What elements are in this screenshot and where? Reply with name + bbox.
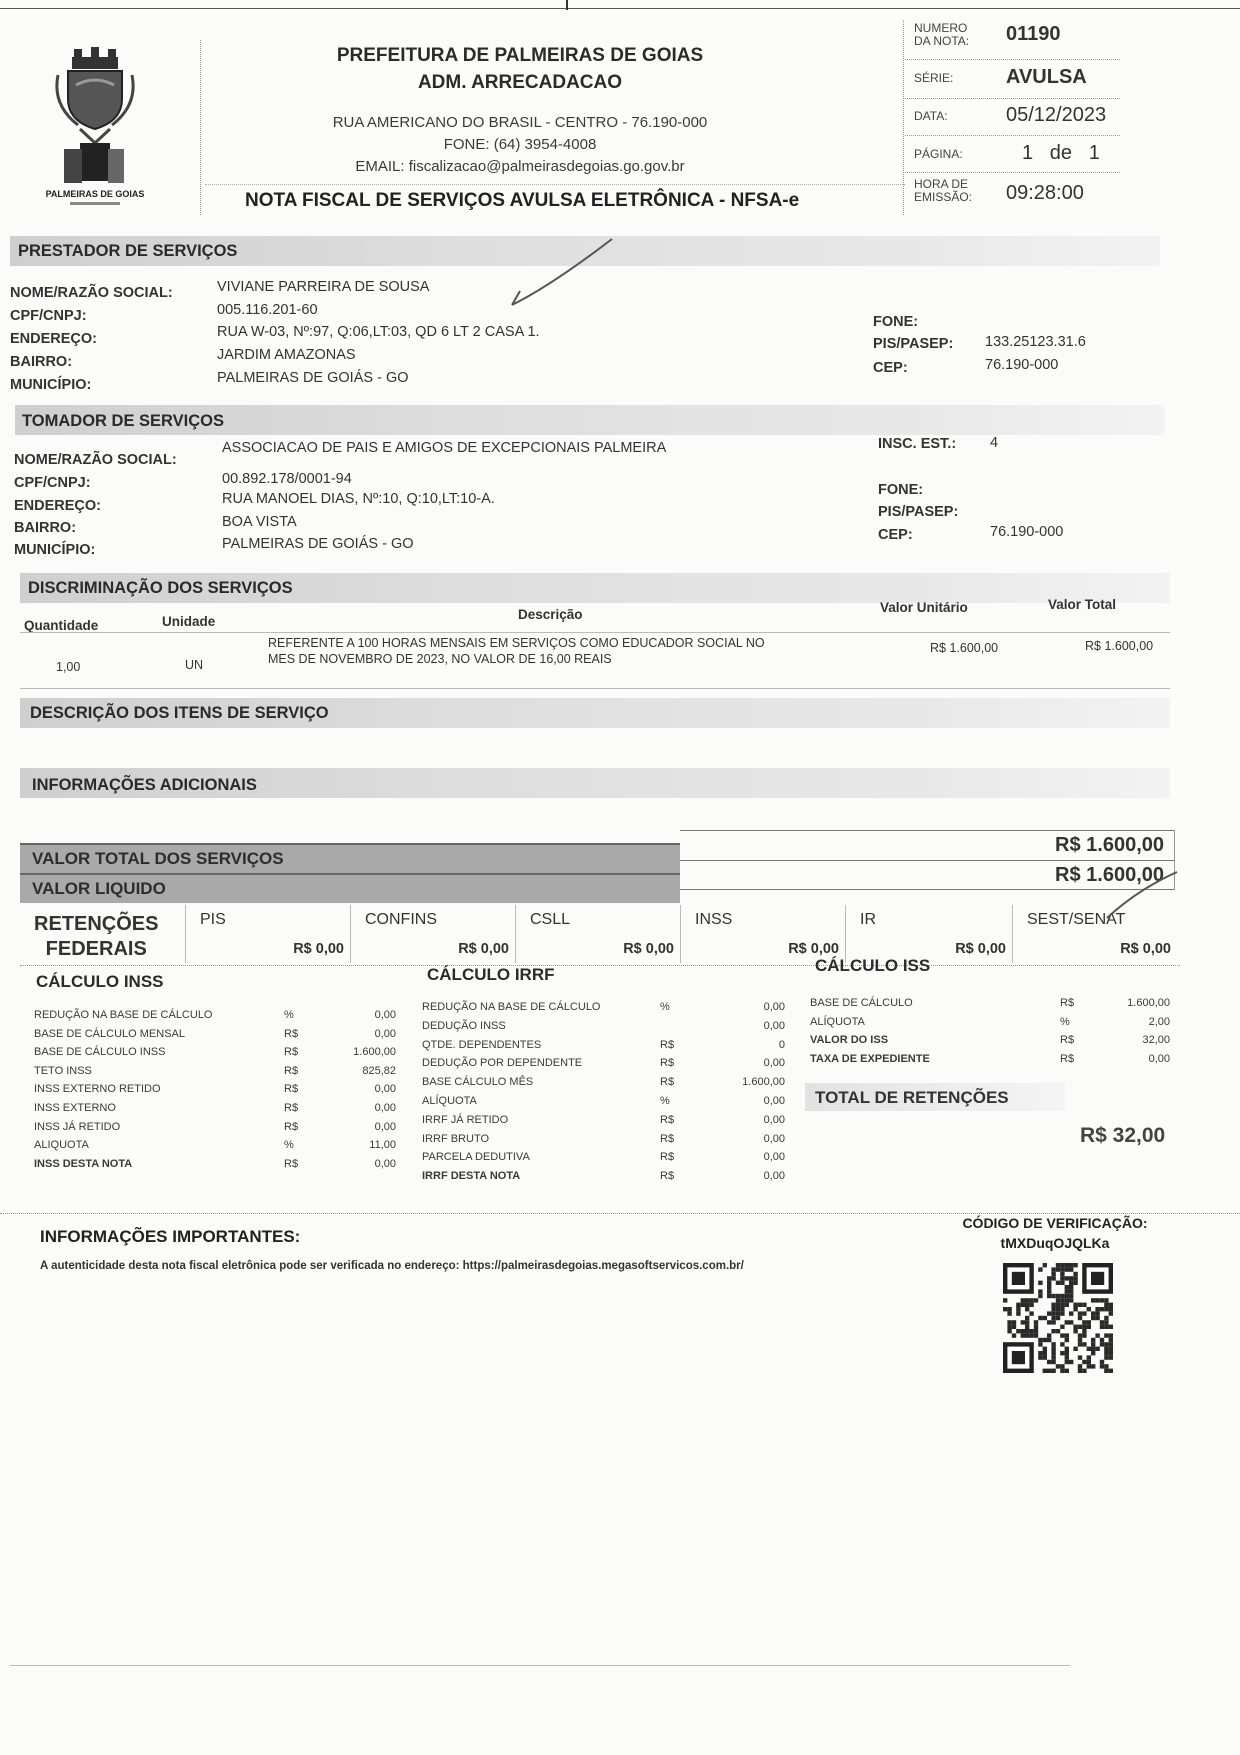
- calc-row: ALIQUOTA%11,00: [34, 1139, 396, 1157]
- calc-row: BASE DE CÁLCULO MENSALR$0,00: [34, 1028, 396, 1046]
- prestador-bairro: JARDIM AMAZONAS: [217, 347, 356, 363]
- tomador-pis-label: PIS/PASEP:: [878, 504, 958, 520]
- calculo-irrf-title: CÁLCULO IRRF: [427, 965, 554, 985]
- tomador-insc: 4: [990, 435, 998, 451]
- retencao-value: R$ 0,00: [458, 941, 509, 957]
- prestador-cep: 76.190-000: [985, 357, 1058, 373]
- calc-row: QTDE. DEPENDENTESR$0: [422, 1039, 785, 1057]
- calc-row-unit: R$: [284, 1028, 298, 1040]
- calc-row-unit: R$: [660, 1057, 674, 1069]
- calc-row-name: PARCELA DEDUTIVA: [422, 1151, 530, 1163]
- header-divider: [200, 40, 201, 215]
- serie-value: AVULSA: [1006, 66, 1087, 89]
- retencao-name: PIS: [200, 911, 226, 929]
- calculo-inss-title: CÁLCULO INSS: [36, 972, 164, 992]
- retencao-name: CSLL: [530, 911, 570, 929]
- calc-row: IRRF BRUTOR$0,00: [422, 1133, 785, 1151]
- row-valor-unitario: R$ 1.600,00: [930, 641, 998, 655]
- calc-row-unit: %: [284, 1009, 294, 1021]
- tomador-cpf-label: CPF/CNPJ:: [14, 475, 91, 491]
- divider: [20, 965, 1180, 966]
- tomador-fone-label: FONE:: [878, 482, 923, 498]
- prestador-pis: 133.25123.31.6: [985, 334, 1086, 350]
- qr-code-icon: [1003, 1263, 1113, 1373]
- row-descricao-line-2: MES DE NOVEMBRO DE 2023, NO VALOR DE 16,…: [268, 652, 612, 666]
- calc-row: INSS EXTERNOR$0,00: [34, 1102, 396, 1120]
- prestador-pis-label: PIS/PASEP:: [873, 336, 953, 352]
- org-email: EMAIL: fiscalizacao@palmeirasdegoias.go.…: [240, 158, 800, 175]
- col-valor-unitario: Valor Unitário: [880, 600, 968, 615]
- calc-row-value: 0,00: [375, 1121, 396, 1133]
- row-quantidade: 1,00: [56, 660, 80, 674]
- hora-value: 09:28:00: [1006, 182, 1084, 205]
- calc-row-value: 0,00: [764, 1151, 785, 1163]
- calc-row-unit: R$: [284, 1083, 298, 1095]
- tomador-nome: ASSOCIACAO DE PAIS E AMIGOS DE EXCEPCION…: [222, 440, 666, 456]
- retencao-csll: CSLLR$ 0,00: [515, 905, 680, 963]
- valor-total-value: R$ 1.600,00: [1055, 834, 1164, 857]
- calc-row: TAXA DE EXPEDIENTER$0,00: [810, 1053, 1170, 1071]
- calc-row-value: 0,00: [764, 1133, 785, 1145]
- retencao-value: R$ 0,00: [293, 941, 344, 957]
- calc-row: ALÍQUOTA%2,00: [810, 1016, 1170, 1034]
- tomador-insc-label: INSC. EST.:: [878, 436, 956, 452]
- calc-row-name: VALOR DO ISS: [810, 1034, 888, 1046]
- calc-row-unit: R$: [660, 1114, 674, 1126]
- serie-label: SÉRIE:: [914, 72, 953, 85]
- calc-row-name: QTDE. DEPENDENTES: [422, 1039, 541, 1051]
- calc-row-value: 0,00: [764, 1095, 785, 1107]
- calc-row-unit: R$: [284, 1046, 298, 1058]
- pagina-label: PÁGINA:: [914, 148, 963, 161]
- calc-row-value: 1.600,00: [742, 1076, 785, 1088]
- tomador-endereco-label: ENDEREÇO:: [14, 498, 101, 514]
- calc-row: BASE DE CÁLCULOR$1.600,00: [810, 997, 1170, 1015]
- calc-row: REDUÇÃO NA BASE DE CÁLCULO%0,00: [34, 1009, 396, 1027]
- calc-row: BASE DE CÁLCULO INSSR$1.600,00: [34, 1046, 396, 1064]
- calc-row: DEDUÇÃO POR DEPENDENTER$0,00: [422, 1057, 785, 1075]
- calc-row-value: 0,00: [1149, 1053, 1170, 1065]
- calc-row: INSS JÁ RETIDOR$0,00: [34, 1121, 396, 1139]
- svg-text:PALMEIRAS DE GOIAS: PALMEIRAS DE GOIAS: [46, 189, 145, 199]
- info-text: A autenticidade desta nota fiscal eletrô…: [40, 1260, 744, 1272]
- document-title: NOTA FISCAL DE SERVIÇOS AVULSA ELETRÔNIC…: [245, 190, 799, 212]
- calc-row-unit: %: [660, 1001, 670, 1013]
- prestador-municipio: PALMEIRAS DE GOIÁS - GO: [217, 370, 409, 386]
- col-valor-total: Valor Total: [1048, 597, 1116, 612]
- prestador-cpf-label: CPF/CNPJ:: [10, 308, 87, 324]
- municipal-coat-of-arms-logo: PALMEIRAS DE GOIAS: [40, 45, 160, 215]
- calc-row-unit: R$: [1060, 1034, 1074, 1046]
- calc-row: DEDUÇÃO INSS0,00: [422, 1020, 785, 1038]
- numero-value: 01190: [1006, 23, 1061, 46]
- calc-row-name: BASE DE CÁLCULO INSS: [34, 1046, 165, 1058]
- info-title: INFORMAÇÕES IMPORTANTES:: [40, 1227, 300, 1247]
- pen-check-mark: [510, 235, 620, 310]
- prestador-cpf: 005.116.201-60: [217, 302, 318, 318]
- calc-row-unit: R$: [660, 1076, 674, 1088]
- retencao-value: R$ 0,00: [623, 941, 674, 957]
- retencao-name: CONFINS: [365, 911, 437, 929]
- org-name: PREFEITURA DE PALMEIRAS DE GOIAS: [240, 45, 800, 67]
- calc-row-value: 0,00: [764, 1057, 785, 1069]
- calc-row-value: 1.600,00: [1127, 997, 1170, 1009]
- row-unidade: UN: [185, 658, 203, 672]
- calc-row-unit: R$: [660, 1133, 674, 1145]
- calc-row: REDUÇÃO NA BASE DE CÁLCULO%0,00: [422, 1001, 785, 1019]
- retencao-ir: IRR$ 0,00: [845, 905, 1012, 963]
- calc-row-value: 0,00: [375, 1028, 396, 1040]
- calc-row-unit: R$: [284, 1102, 298, 1114]
- tomador-municipio: PALMEIRAS DE GOIÁS - GO: [222, 536, 414, 552]
- prestador-cep-label: CEP:: [873, 360, 908, 376]
- prestador-fone-label: FONE:: [873, 314, 918, 330]
- prestador-endereco-label: ENDEREÇO:: [10, 331, 97, 347]
- hora-label: HORA DEEMISSÃO:: [914, 178, 972, 204]
- calc-row-name: BASE DE CÁLCULO MENSAL: [34, 1028, 185, 1040]
- valor-liquido-label: VALOR LIQUIDO: [32, 879, 166, 899]
- calc-row-name: DEDUÇÃO POR DEPENDENTE: [422, 1057, 582, 1069]
- valor-liquido-box: R$ 1.600,00: [680, 860, 1175, 890]
- calc-row-value: 0: [779, 1039, 785, 1051]
- calculo-iss-title: CÁLCULO ISS: [815, 956, 930, 976]
- col-quantidade: Quantidade: [24, 618, 98, 633]
- divider: [20, 688, 1170, 689]
- calc-row-name: IRRF JÁ RETIDO: [422, 1114, 508, 1126]
- tomador-cep-label: CEP:: [878, 527, 913, 543]
- calc-row-name: REDUÇÃO NA BASE DE CÁLCULO: [422, 1001, 601, 1013]
- top-border: [0, 8, 1240, 9]
- tomador-nome-label: NOME/RAZÃO SOCIAL:: [14, 452, 177, 468]
- calc-row-value: 0,00: [375, 1158, 396, 1170]
- tomador-title: TOMADOR DE SERVIÇOS: [22, 412, 224, 431]
- top-tick: [566, 0, 568, 10]
- calc-row-name: INSS DESTA NOTA: [34, 1158, 132, 1170]
- invoice-page: PALMEIRAS DE GOIAS PREFEITURA DE PALMEIR…: [0, 0, 1240, 1755]
- prestador-municipio-label: MUNICÍPIO:: [10, 377, 91, 393]
- data-label: DATA:: [914, 110, 948, 123]
- calc-row-name: TAXA DE EXPEDIENTE: [810, 1053, 930, 1065]
- calc-row: VALOR DO ISSR$32,00: [810, 1034, 1170, 1052]
- adicionais-title: INFORMAÇÕES ADICIONAIS: [32, 776, 257, 795]
- tomador-cep: 76.190-000: [990, 524, 1063, 540]
- col-unidade: Unidade: [162, 614, 215, 629]
- numero-label: NUMERODA NOTA:: [914, 22, 969, 48]
- retencao-pis: PISR$ 0,00: [185, 905, 350, 963]
- calc-row-name: IRRF DESTA NOTA: [422, 1170, 520, 1182]
- calc-row-value: 0,00: [375, 1083, 396, 1095]
- calc-row: BASE CÁLCULO MÊSR$1.600,00: [422, 1076, 785, 1094]
- calc-row-value: 32,00: [1142, 1034, 1170, 1046]
- retencao-value: R$ 0,00: [1120, 941, 1171, 957]
- calc-row-unit: R$: [1060, 1053, 1074, 1065]
- calc-row: INSS DESTA NOTAR$0,00: [34, 1158, 396, 1176]
- calc-row: TETO INSSR$825,82: [34, 1065, 396, 1083]
- pen-strike-mark: [1105, 870, 1180, 920]
- tomador-endereco: RUA MANOEL DIAS, Nº:10, Q:10,LT:10-A.: [222, 491, 495, 507]
- calc-row-unit: R$: [284, 1065, 298, 1077]
- tomador-bairro: BOA VISTA: [222, 514, 297, 530]
- row-descricao-line-1: REFERENTE A 100 HORAS MENSAIS EM SERVIÇO…: [268, 636, 765, 650]
- total-retencoes-value: R$ 32,00: [1080, 1124, 1165, 1148]
- divider: [905, 135, 1120, 136]
- calc-row: PARCELA DEDUTIVAR$0,00: [422, 1151, 785, 1169]
- calc-row-unit: %: [660, 1095, 670, 1107]
- verification-label: CÓDIGO DE VERIFICAÇÃO:: [940, 1215, 1170, 1231]
- calc-row-value: 825,82: [362, 1065, 396, 1077]
- calc-row-value: 0,00: [764, 1114, 785, 1126]
- prestador-nome: VIVIANE PARREIRA DE SOUSA: [217, 279, 429, 295]
- divider: [905, 59, 1120, 60]
- calc-row: ALÍQUOTA%0,00: [422, 1095, 785, 1113]
- calc-row-value: 0,00: [375, 1102, 396, 1114]
- divider: [20, 632, 1170, 633]
- calc-row-name: TETO INSS: [34, 1065, 92, 1077]
- prestador-title: PRESTADOR DE SERVIÇOS: [18, 242, 237, 261]
- calc-row-name: BASE DE CÁLCULO: [810, 997, 913, 1009]
- tomador-municipio-label: MUNICÍPIO:: [14, 542, 95, 558]
- calc-row-name: INSS EXTERNO RETIDO: [34, 1083, 161, 1095]
- calc-row-value: 0,00: [764, 1001, 785, 1013]
- calc-row-name: ALÍQUOTA: [810, 1016, 865, 1028]
- org-address: RUA AMERICANO DO BRASIL - CENTRO - 76.19…: [240, 114, 800, 131]
- calc-row-name: IRRF BRUTO: [422, 1133, 489, 1145]
- calc-row: IRRF DESTA NOTAR$0,00: [422, 1170, 785, 1188]
- retencao-value: R$ 0,00: [955, 941, 1006, 957]
- prestador-nome-label: NOME/RAZÃO SOCIAL:: [10, 285, 173, 301]
- divider: [205, 184, 905, 185]
- divider: [905, 98, 1120, 99]
- calc-row-name: BASE CÁLCULO MÊS: [422, 1076, 533, 1088]
- calc-row-value: 0,00: [764, 1020, 785, 1032]
- calc-row-value: 11,00: [369, 1139, 396, 1151]
- calc-row-value: 0,00: [375, 1009, 396, 1021]
- prestador-bairro-label: BAIRRO:: [10, 354, 72, 370]
- retencao-confins: CONFINSR$ 0,00: [350, 905, 515, 963]
- row-valor-total: R$ 1.600,00: [1085, 639, 1153, 653]
- data-value: 05/12/2023: [1006, 104, 1106, 127]
- calc-row: INSS EXTERNO RETIDOR$0,00: [34, 1083, 396, 1101]
- org-dept: ADM. ARRECADACAO: [240, 72, 800, 94]
- calc-row-name: ALÍQUOTA: [422, 1095, 477, 1107]
- calc-row-unit: R$: [660, 1039, 674, 1051]
- itens-title: DESCRIÇÃO DOS ITENS DE SERVIÇO: [30, 704, 329, 723]
- verification-code: tMXDuqOJQLKa: [940, 1235, 1170, 1251]
- divider: [905, 172, 1120, 173]
- valor-total-label: VALOR TOTAL DOS SERVIÇOS: [32, 849, 284, 869]
- calc-row-value: 1.600,00: [353, 1046, 396, 1058]
- retencao-name: INSS: [695, 911, 732, 929]
- calc-row-value: 0,00: [764, 1170, 785, 1182]
- calc-row-unit: %: [284, 1139, 294, 1151]
- calc-row: IRRF JÁ RETIDOR$0,00: [422, 1114, 785, 1132]
- meta-divider: [903, 20, 904, 215]
- retencoes-title: RETENÇÕESFEDERAIS: [34, 912, 158, 962]
- calc-row-name: INSS EXTERNO: [34, 1102, 116, 1114]
- prestador-endereco: RUA W-03, Nº:97, Q:06,LT:03, QD 6 LT 2 C…: [217, 324, 540, 340]
- bottom-divider: [10, 1665, 1070, 1666]
- calc-row-unit: %: [1060, 1016, 1070, 1028]
- calc-row-unit: R$: [284, 1158, 298, 1170]
- pagina-value: 1 de 1: [1022, 142, 1100, 165]
- org-phone: FONE: (64) 3954-4008: [240, 136, 800, 153]
- tomador-cpf: 00.892.178/0001-94: [222, 471, 352, 487]
- calc-row-name: ALIQUOTA: [34, 1139, 89, 1151]
- servicos-title: DISCRIMINAÇÃO DOS SERVIÇOS: [28, 579, 293, 598]
- col-descricao: Descrição: [518, 607, 583, 622]
- retencao-name: IR: [860, 911, 876, 929]
- valor-total-box: R$ 1.600,00: [680, 830, 1175, 860]
- calc-row-unit: R$: [284, 1121, 298, 1133]
- divider: [0, 1213, 1240, 1214]
- calc-row-unit: R$: [1060, 997, 1074, 1009]
- calc-row-value: 2,00: [1149, 1016, 1170, 1028]
- tomador-bairro-label: BAIRRO:: [14, 520, 76, 536]
- calc-row-unit: R$: [660, 1151, 674, 1163]
- retencao-value: R$ 0,00: [788, 941, 839, 957]
- calc-row-name: REDUÇÃO NA BASE DE CÁLCULO: [34, 1009, 213, 1021]
- calc-row-name: INSS JÁ RETIDO: [34, 1121, 120, 1133]
- calc-row-unit: R$: [660, 1170, 674, 1182]
- calc-row-name: DEDUÇÃO INSS: [422, 1020, 506, 1032]
- total-retencoes-label: TOTAL DE RETENÇÕES: [815, 1088, 1009, 1108]
- retencao-inss: INSSR$ 0,00: [680, 905, 845, 963]
